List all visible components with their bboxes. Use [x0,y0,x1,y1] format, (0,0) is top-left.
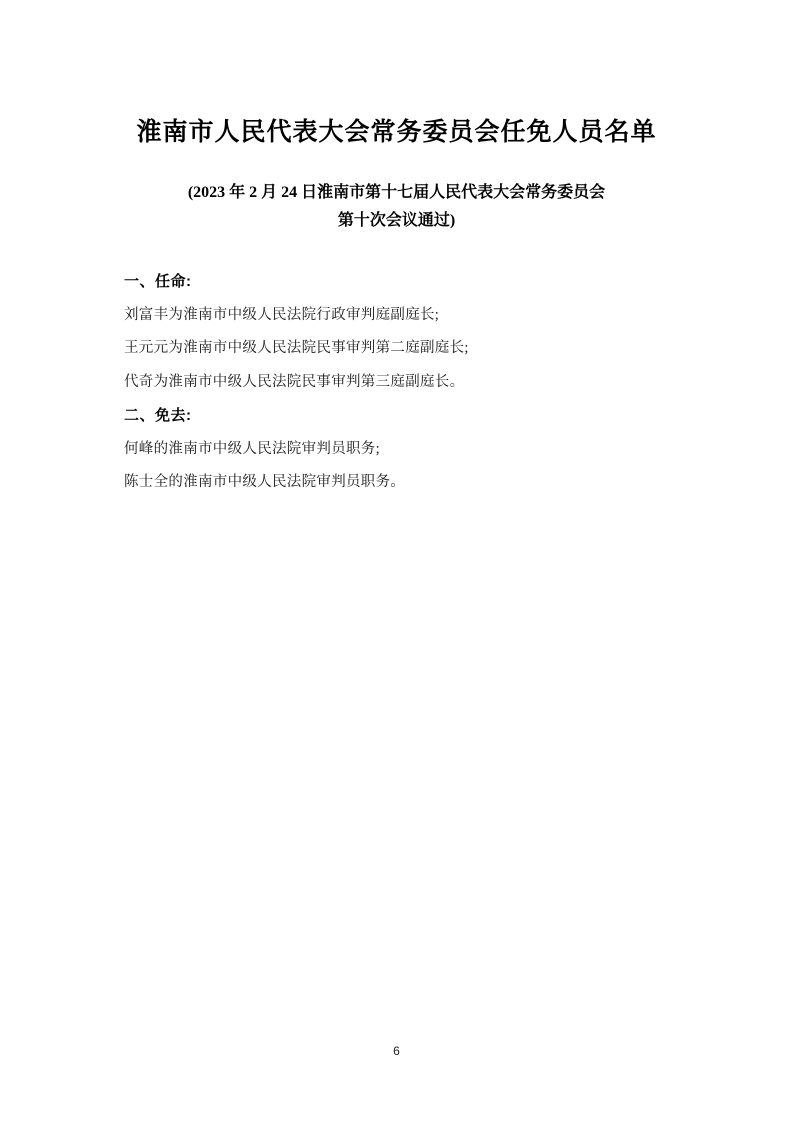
document-subtitle: (2023 年 2 月 24 日淮南市第十七届人民代表大会常务委员会 第十次会议… [0,179,793,235]
section-heading-appointments: 一、任命: [124,265,683,299]
section-heading-removals: 二、免去: [124,399,683,433]
appointment-item: 刘富丰为淮南市中级人民法院行政审判庭副庭长; [124,299,683,333]
appointment-item: 王元元为淮南市中级人民法院民事审判第二庭副庭长; [124,332,683,366]
appointment-item: 代奇为淮南市中级人民法院民事审判第三庭副庭长。 [124,366,683,400]
subtitle-line-2: 第十次会议通过) [0,207,793,235]
document-page: 淮南市人民代表大会常务委员会任免人员名单 (2023 年 2 月 24 日淮南市… [0,0,793,1122]
removal-item: 何峰的淮南市中级人民法院审判员职务; [124,433,683,467]
subtitle-line-1: (2023 年 2 月 24 日淮南市第十七届人民代表大会常务委员会 [0,179,793,207]
document-title: 淮南市人民代表大会常务委员会任免人员名单 [0,117,793,149]
document-body: 一、任命: 刘富丰为淮南市中级人民法院行政审判庭副庭长; 王元元为淮南市中级人民… [124,265,683,500]
page-number: 6 [0,1044,793,1058]
removal-item: 陈士全的淮南市中级人民法院审判员职务。 [124,466,683,500]
